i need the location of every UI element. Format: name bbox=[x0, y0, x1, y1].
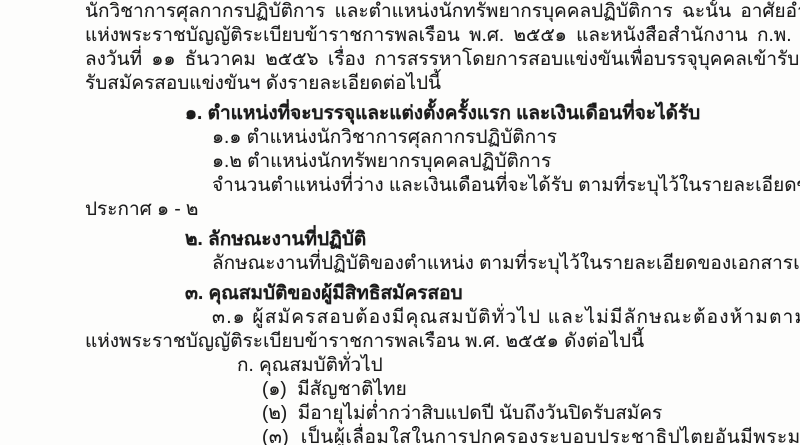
section-1-body-line-2: ประกาศ ๑ - ๒ bbox=[85, 198, 785, 222]
intro-paragraph-line-2: แห่งพระราชบัญญัติระเบียบข้าราชการพลเรือน… bbox=[85, 24, 785, 48]
section-3-heading: ๓. คุณสมบัติของผู้มีสิทธิสมัครสอบ bbox=[185, 282, 785, 306]
qualification-item-1: (๑) มีสัญชาติไทย bbox=[262, 378, 785, 402]
section-1-heading: ๑. ตำแหน่งที่จะบรรจุและแต่งตั้งครั้งแรก … bbox=[185, 102, 785, 126]
document-body: นักวิชาการศุลกากรปฏิบัติการ และตำแหน่งนั… bbox=[85, 0, 785, 445]
document-page: นักวิชาการศุลกากรปฏิบัติการ และตำแหน่งนั… bbox=[0, 0, 800, 445]
qualification-item-3: (๓) เป็นผู้เลื่อมใสในการปกครองระบอบประชา… bbox=[262, 426, 785, 445]
section-2-body-line: ลักษณะงานที่ปฏิบัติของตำแหน่ง ตามที่ระบุ… bbox=[212, 252, 785, 276]
intro-paragraph-line-4: รับสมัครสอบแข่งขันฯ ดังรายละเอียดต่อไปนี… bbox=[85, 72, 785, 96]
section-2-heading: ๒. ลักษณะงานที่ปฏิบัติ bbox=[185, 228, 785, 252]
intro-paragraph-line-3: ลงวันที่ ๑๑ ธันวาคม ๒๕๕๖ เรื่อง การสรรหา… bbox=[85, 48, 785, 72]
section-3-item-3-1-line-2: แห่งพระราชบัญญัติระเบียบข้าราชการพลเรือน… bbox=[85, 330, 785, 354]
intro-paragraph-line-1: นักวิชาการศุลกากรปฏิบัติการ และตำแหน่งนั… bbox=[85, 0, 785, 24]
section-1-item-1-1: ๑.๑ ตำแหน่งนักวิชาการศุลกากรปฏิบัติการ bbox=[212, 126, 785, 150]
subsection-a-heading: ก. คุณสมบัติทั่วไป bbox=[237, 354, 785, 378]
qualification-item-2: (๒) มีอายุไม่ต่ำกว่าสิบแปดปี นับถึงวันปิ… bbox=[262, 402, 785, 426]
section-1-body-line-1: จำนวนตำแหน่งที่ว่าง และเงินเดือนที่จะได้… bbox=[212, 174, 785, 198]
section-3-item-3-1-line-1: ๓.๑ ผู้สมัครสอบต้องมีคุณสมบัติทั่วไป และ… bbox=[212, 306, 785, 330]
section-1-item-1-2: ๑.๒ ตำแหน่งนักทรัพยากรบุคคลปฏิบัติการ bbox=[212, 150, 785, 174]
